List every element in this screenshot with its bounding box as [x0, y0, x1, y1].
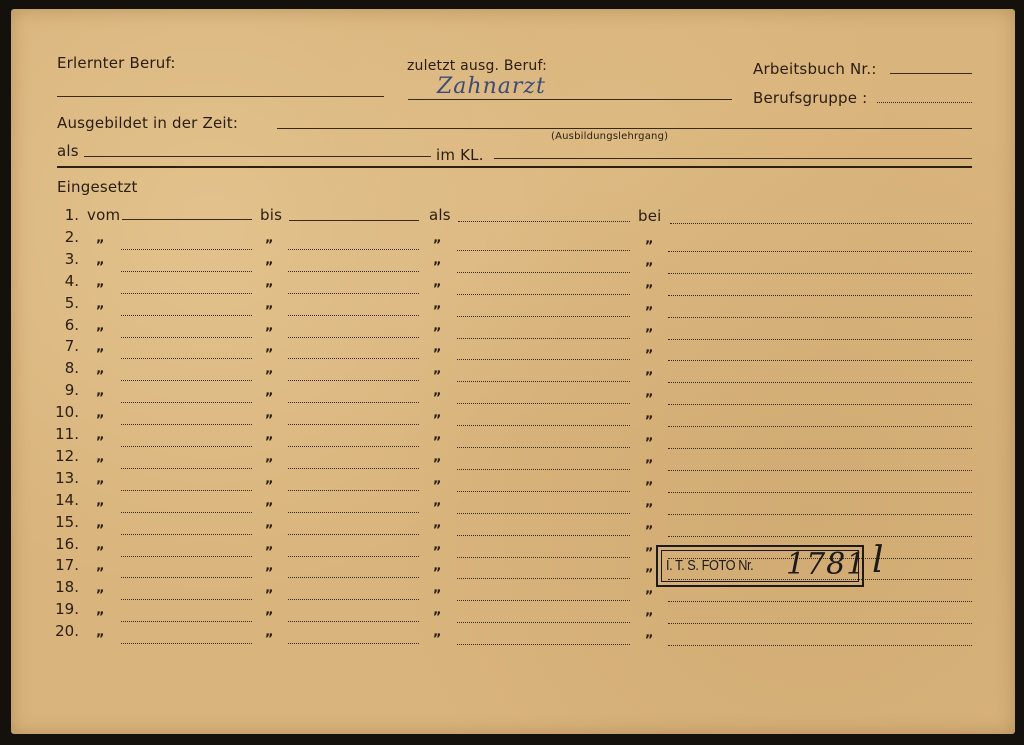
bei-field[interactable]	[668, 404, 972, 405]
als-field[interactable]	[457, 513, 630, 514]
ditto-bei: „	[645, 626, 654, 641]
als-field[interactable]	[457, 294, 630, 295]
row-number: 20.	[49, 622, 79, 640]
zuletzt-beruf-handwritten: Zahnarzt	[437, 74, 546, 99]
bis-field[interactable]	[288, 556, 419, 557]
ditto-bis: „	[265, 362, 274, 377]
ditto-vom: „	[96, 340, 105, 355]
ditto-bei: „	[645, 473, 654, 488]
imkl-label: im KL.	[436, 146, 484, 164]
vom-field[interactable]	[121, 577, 252, 578]
ditto-vom: „	[96, 297, 105, 312]
row-number: 13.	[49, 469, 79, 487]
ditto-bis: „	[265, 297, 274, 312]
ditto-bis: „	[265, 231, 274, 246]
bis-field[interactable]	[288, 490, 419, 491]
vom-label: vom	[87, 206, 120, 224]
ditto-als: „	[433, 494, 442, 509]
bei-field[interactable]	[668, 601, 972, 602]
bei-field[interactable]	[668, 470, 972, 471]
vom-field[interactable]	[121, 271, 252, 272]
vom-field[interactable]	[121, 424, 252, 425]
als-label: als	[57, 142, 79, 160]
ditto-bei: „	[645, 604, 654, 619]
vom-field[interactable]	[121, 358, 252, 359]
row-number: 11.	[49, 425, 79, 443]
bei-field[interactable]	[668, 339, 972, 340]
als-column-label: als	[429, 206, 451, 224]
ditto-vom: „	[96, 603, 105, 618]
row-number: 5.	[49, 294, 79, 312]
stamp-number: 1781	[786, 547, 866, 582]
ditto-als: „	[433, 603, 442, 618]
ditto-als: „	[433, 406, 442, 421]
vom-field[interactable]	[121, 402, 252, 403]
eingesetzt-title: Eingesetzt	[57, 178, 138, 196]
ausgebildet-field[interactable]	[277, 128, 972, 129]
row-number: 6.	[49, 316, 79, 334]
als-field[interactable]	[457, 338, 630, 339]
vom-field[interactable]	[121, 446, 252, 447]
ditto-bis: „	[265, 428, 274, 443]
row-number: 16.	[49, 535, 79, 553]
row-number: 3.	[49, 250, 79, 268]
als-field[interactable]	[457, 447, 630, 448]
ditto-vom: „	[96, 516, 105, 531]
section-divider	[57, 166, 972, 168]
als-field[interactable]	[457, 425, 630, 426]
bei-field[interactable]	[668, 645, 972, 646]
als-field[interactable]	[457, 578, 630, 579]
ditto-bis: „	[265, 559, 274, 574]
ditto-bei: „	[645, 560, 654, 575]
als-field[interactable]	[457, 403, 630, 404]
ditto-bis: „	[265, 603, 274, 618]
row-number: 10.	[49, 403, 79, 421]
bei-field[interactable]	[668, 536, 972, 537]
ditto-bis: „	[265, 275, 274, 290]
bei-field[interactable]	[668, 251, 972, 252]
bei-field[interactable]	[668, 426, 972, 427]
bis-field[interactable]	[288, 534, 419, 535]
als-field[interactable]	[457, 359, 630, 360]
vom-field[interactable]	[121, 490, 252, 491]
row-number: 9.	[49, 381, 79, 399]
vom-field[interactable]	[121, 512, 252, 513]
row-number: 4.	[49, 272, 79, 290]
ditto-bis: „	[265, 472, 274, 487]
ditto-bei: „	[645, 539, 654, 554]
als-column-field[interactable]	[458, 221, 630, 222]
ditto-bei: „	[645, 232, 654, 247]
vom-field[interactable]	[121, 468, 252, 469]
bis-field[interactable]	[288, 293, 419, 294]
berufsgruppe-label: Berufsgruppe :	[753, 89, 867, 107]
bis-field[interactable]	[288, 271, 419, 272]
ditto-bis: „	[265, 384, 274, 399]
bei-field[interactable]	[670, 223, 972, 224]
ditto-bis: „	[265, 253, 274, 268]
ditto-vom: „	[96, 253, 105, 268]
ditto-bei: „	[645, 407, 654, 422]
zuletzt-beruf-label: zuletzt ausg. Beruf:	[407, 58, 547, 74]
bei-field[interactable]	[668, 514, 972, 515]
ditto-bei: „	[645, 495, 654, 510]
ditto-als: „	[433, 450, 442, 465]
ditto-bei: „	[645, 276, 654, 291]
ditto-bis: „	[265, 625, 274, 640]
bis-field[interactable]	[289, 220, 419, 221]
vom-field[interactable]	[121, 315, 252, 316]
bei-field[interactable]	[668, 295, 972, 296]
ditto-als: „	[433, 625, 442, 640]
bis-label: bis	[260, 206, 282, 224]
bis-field[interactable]	[288, 249, 419, 250]
bis-field[interactable]	[288, 621, 419, 622]
ditto-bis: „	[265, 581, 274, 596]
ditto-als: „	[433, 472, 442, 487]
stamp-label: I. T. S. FOTO Nr.	[666, 557, 753, 574]
row-number: 19.	[49, 600, 79, 618]
ditto-als: „	[433, 319, 442, 334]
row-number: 18.	[49, 578, 79, 596]
berufsgruppe-field[interactable]	[877, 102, 972, 103]
ditto-bis: „	[265, 494, 274, 509]
vom-field[interactable]	[121, 599, 252, 600]
bis-field[interactable]	[288, 599, 419, 600]
erlernter-beruf-field[interactable]	[57, 96, 384, 97]
ditto-bei: „	[645, 363, 654, 378]
als-field[interactable]	[457, 272, 630, 273]
als-field[interactable]	[457, 600, 630, 601]
stamp-suffix-handwritten: l	[872, 540, 884, 581]
vom-field[interactable]	[121, 621, 252, 622]
ditto-als: „	[433, 559, 442, 574]
ditto-bis: „	[265, 516, 274, 531]
bis-field[interactable]	[288, 315, 419, 316]
als-field[interactable]	[457, 381, 630, 382]
ditto-vom: „	[96, 231, 105, 246]
bei-field[interactable]	[668, 360, 972, 361]
als-field[interactable]	[84, 156, 431, 157]
ditto-vom: „	[96, 319, 105, 334]
bis-field[interactable]	[288, 424, 419, 425]
ausbildungslehrgang-caption: (Ausbildungslehrgang)	[551, 131, 668, 142]
vom-field[interactable]	[121, 337, 252, 338]
ditto-bis: „	[265, 340, 274, 355]
ditto-bei: „	[645, 385, 654, 400]
ditto-vom: „	[96, 362, 105, 377]
vom-field[interactable]	[122, 219, 252, 220]
ditto-vom: „	[96, 275, 105, 290]
ditto-als: „	[433, 516, 442, 531]
ditto-als: „	[433, 275, 442, 290]
ditto-bei: „	[645, 582, 654, 597]
vom-field[interactable]	[121, 556, 252, 557]
row-number: 1.	[49, 206, 79, 224]
als-field[interactable]	[457, 622, 630, 623]
ditto-als: „	[433, 340, 442, 355]
als-field[interactable]	[457, 250, 630, 251]
ditto-als: „	[433, 581, 442, 596]
ditto-vom: „	[96, 538, 105, 553]
arbeitsbuch-label: Arbeitsbuch Nr.:	[753, 60, 877, 78]
ditto-bei: „	[645, 429, 654, 444]
ditto-bei: „	[645, 298, 654, 313]
bei-field[interactable]	[668, 492, 972, 493]
als-field[interactable]	[457, 469, 630, 470]
ditto-bis: „	[265, 319, 274, 334]
ditto-vom: „	[96, 625, 105, 640]
ditto-als: „	[433, 253, 442, 268]
ditto-vom: „	[96, 581, 105, 596]
bei-field[interactable]	[668, 317, 972, 318]
ditto-bis: „	[265, 406, 274, 421]
its-foto-stamp: I. T. S. FOTO Nr. 1781	[656, 545, 864, 587]
bis-field[interactable]	[288, 402, 419, 403]
ditto-bei: „	[645, 341, 654, 356]
bis-field[interactable]	[288, 468, 419, 469]
arbeitsbuch-field[interactable]	[890, 73, 972, 74]
ditto-bis: „	[265, 538, 274, 553]
row-number: 17.	[49, 556, 79, 574]
bei-field[interactable]	[668, 448, 972, 449]
bei-field[interactable]	[668, 382, 972, 383]
bis-field[interactable]	[288, 380, 419, 381]
vom-field[interactable]	[121, 249, 252, 250]
zuletzt-beruf-field[interactable]	[408, 99, 732, 100]
ditto-vom: „	[96, 559, 105, 574]
bis-field[interactable]	[288, 512, 419, 513]
ditto-als: „	[433, 538, 442, 553]
ditto-vom: „	[96, 428, 105, 443]
ditto-als: „	[433, 384, 442, 399]
bei-field[interactable]	[668, 623, 972, 624]
vom-field[interactable]	[121, 643, 252, 644]
ditto-als: „	[433, 231, 442, 246]
als-field[interactable]	[457, 644, 630, 645]
als-field[interactable]	[457, 535, 630, 536]
bis-field[interactable]	[288, 446, 419, 447]
vom-field[interactable]	[121, 293, 252, 294]
row-number: 2.	[49, 228, 79, 246]
ditto-bei: „	[645, 254, 654, 269]
ditto-vom: „	[96, 384, 105, 399]
ditto-bis: „	[265, 450, 274, 465]
row-number: 7.	[49, 337, 79, 355]
row-number: 15.	[49, 513, 79, 531]
ditto-bei: „	[645, 517, 654, 532]
imkl-field[interactable]	[494, 158, 972, 159]
vom-field[interactable]	[121, 380, 252, 381]
bis-field[interactable]	[288, 358, 419, 359]
ditto-vom: „	[96, 450, 105, 465]
bei-label: bei	[638, 207, 662, 225]
row-number: 12.	[49, 447, 79, 465]
row-number: 14.	[49, 491, 79, 509]
bis-field[interactable]	[288, 577, 419, 578]
row-number: 8.	[49, 359, 79, 377]
ditto-vom: „	[96, 406, 105, 421]
erlernter-beruf-label: Erlernter Beruf:	[57, 54, 176, 72]
ditto-bei: „	[645, 451, 654, 466]
als-field[interactable]	[457, 491, 630, 492]
bei-field[interactable]	[668, 273, 972, 274]
ditto-vom: „	[96, 472, 105, 487]
vom-field[interactable]	[121, 534, 252, 535]
ditto-als: „	[433, 428, 442, 443]
ditto-als: „	[433, 297, 442, 312]
als-field[interactable]	[457, 557, 630, 558]
ditto-vom: „	[96, 494, 105, 509]
bis-field[interactable]	[288, 643, 419, 644]
als-field[interactable]	[457, 316, 630, 317]
ditto-bei: „	[645, 320, 654, 335]
ausgebildet-label: Ausgebildet in der Zeit:	[57, 114, 238, 132]
ditto-als: „	[433, 362, 442, 377]
bis-field[interactable]	[288, 337, 419, 338]
